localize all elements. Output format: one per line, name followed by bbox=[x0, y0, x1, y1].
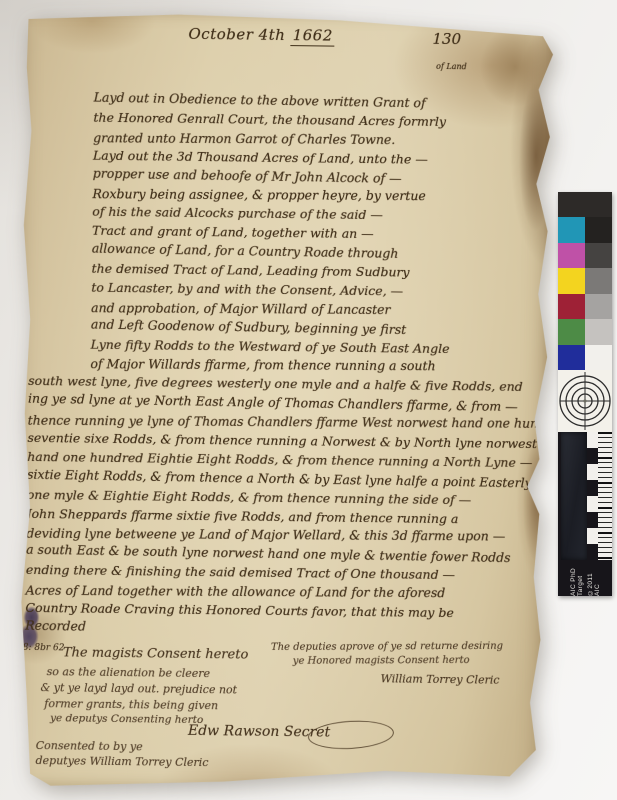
manuscript-paper: October 4th 1662 130 of Land Layd out in… bbox=[7, 5, 557, 798]
gray-patch bbox=[585, 217, 612, 242]
consented-line1: Consented to by ye bbox=[36, 739, 143, 753]
magistrates-note-line4: former grants, this being given bbox=[44, 697, 218, 712]
gray-patch bbox=[585, 319, 612, 344]
heading-year: 1662 bbox=[291, 26, 335, 47]
gray-patch bbox=[585, 345, 612, 370]
gray-patch bbox=[585, 243, 612, 268]
patch-row bbox=[558, 243, 612, 268]
patch-row bbox=[558, 294, 612, 319]
gray-patch bbox=[585, 268, 612, 293]
color-patch bbox=[558, 243, 585, 268]
color-patch bbox=[558, 319, 585, 344]
consented-line2: deputyes William Torrey Cleric bbox=[36, 754, 209, 769]
patch-row bbox=[558, 192, 612, 217]
target-label: AIC PhD Target ©2011 AIC bbox=[558, 560, 612, 596]
gray-patch bbox=[585, 294, 612, 319]
interline-insertion: of Land bbox=[436, 62, 467, 71]
color-patch bbox=[558, 345, 585, 370]
magistrates-note-line1: The magists Consent hereto bbox=[63, 645, 249, 662]
page-number: 130 bbox=[432, 30, 461, 48]
heading-date-prefix: October 4th bbox=[188, 25, 285, 44]
ruler-glass-strip bbox=[558, 432, 587, 560]
deputies-signature: William Torrey Cleric bbox=[381, 672, 500, 686]
color-patch bbox=[558, 192, 585, 217]
calibration-target: AIC PhD Target ©2011 AIC bbox=[558, 192, 612, 596]
magistrates-note-line5: ye deputys Consenting herto bbox=[50, 712, 203, 726]
gray-patch bbox=[585, 192, 612, 217]
paper-surface: October 4th 1662 130 of Land Layd out in… bbox=[7, 5, 557, 798]
heading-date: October 4th 1662 bbox=[188, 25, 335, 45]
magistrates-note-line3: & yt ye layd layd out. prejudice not bbox=[40, 681, 237, 696]
ruler-checker bbox=[587, 432, 597, 560]
focus-target bbox=[558, 370, 612, 432]
color-patches bbox=[558, 192, 612, 370]
target-label-copyright: ©2011 AIC bbox=[587, 560, 601, 596]
patch-row bbox=[558, 217, 612, 242]
manuscript-body: Layd out in Obedience to the above writt… bbox=[9, 89, 556, 643]
patch-row bbox=[558, 319, 612, 344]
color-patch bbox=[558, 217, 585, 242]
bullseye-icon bbox=[558, 370, 612, 432]
color-patch bbox=[558, 294, 585, 319]
patch-row bbox=[558, 268, 612, 293]
color-patch bbox=[558, 268, 585, 293]
target-label-name: AIC PhD Target bbox=[570, 560, 584, 596]
patch-row bbox=[558, 345, 612, 370]
ruler-ticks bbox=[598, 432, 612, 560]
deputies-note-line1: The deputies aprove of ye sd returne des… bbox=[271, 641, 503, 653]
deputies-note-line2: ye Honored magists Consent herto bbox=[293, 655, 470, 667]
margin-date: 18: 8br 62 bbox=[17, 643, 65, 654]
archival-photo: October 4th 1662 130 of Land Layd out in… bbox=[0, 0, 617, 800]
signature-flourish bbox=[307, 718, 394, 751]
ruler-section bbox=[558, 432, 612, 560]
magistrates-note-line2: so as the alienation be cleere bbox=[47, 665, 211, 680]
